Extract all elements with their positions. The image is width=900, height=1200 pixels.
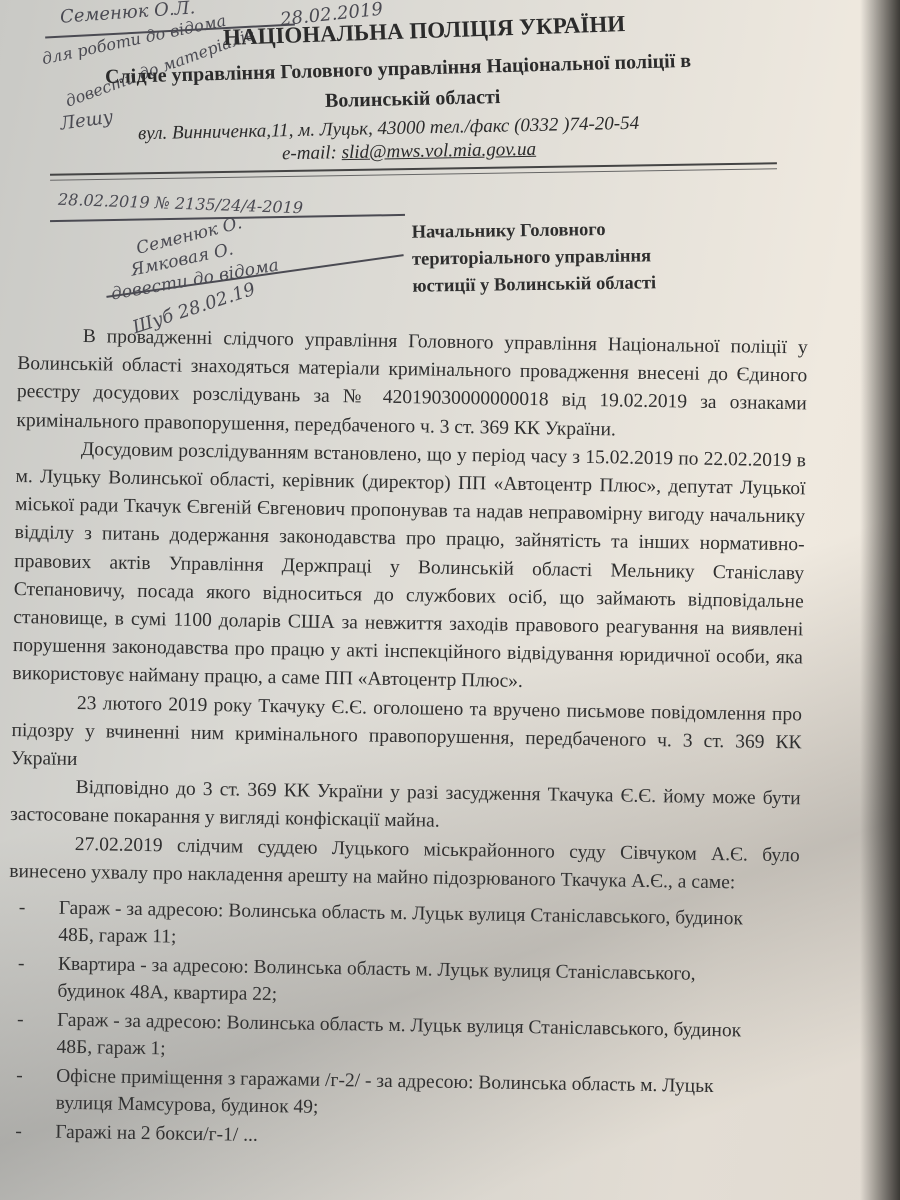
body-paragraph: 27.02.2019 слідчим суддею Луцького міськ… [9,830,800,899]
property-list: -Гараж - за адресою: Волинська область м… [5,894,799,1157]
body-paragraph: 23 лютого 2019 року Ткачуку Є.Є. оголоше… [11,689,802,786]
letter-body: В провадженні слідчого управління Головн… [5,322,808,1159]
body-paragraph: Досудовим розслідуванням встановлено, що… [12,435,806,701]
email-label: e-mail: [282,142,337,164]
bullet-dash: - [18,950,25,977]
letterhead-divider [50,162,777,180]
addressee-line: Начальнику Головного [411,216,655,246]
letterhead-email: e-mail: slid@mws.vol.mia.gov.ua [282,139,536,165]
bullet-dash: - [19,894,26,921]
body-paragraph: В провадженні слідчого управління Головн… [16,322,808,447]
addressee-block: Начальнику Головного територіального упр… [411,216,656,300]
registration-stamp: 28.02.2019 № 2135/24/4-2019 [58,190,304,218]
list-item-text: Гараж - за адресою: Волинська область м.… [58,898,743,948]
list-item: -Гараж - за адресою: Волинська область м… [8,894,759,960]
handwritten-signature: Лешу [59,106,115,134]
list-item: -Гараж - за адресою: Волинська область м… [6,1006,757,1072]
bullet-dash: - [17,1006,24,1033]
list-item: -Квартира - за адресою: Волинська област… [7,950,758,1016]
list-item-text: Гаражі на 2 бокси/г-1/ ... [55,1122,258,1146]
list-item-text: Квартира - за адресою: Волинська область… [57,954,695,1005]
bullet-dash: - [15,1118,22,1145]
bullet-dash: - [16,1062,23,1089]
list-item: -Офісне приміщення з гаражами /г-2/ - за… [6,1062,757,1128]
addressee-line: юстиції у Волинській області [412,270,656,300]
email-link[interactable]: slid@mws.vol.mia.gov.ua [341,139,536,163]
list-item-text: Гараж - за адресою: Волинська область м.… [56,1010,741,1060]
list-item-text: Офісне приміщення з гаражами /г-2/ - за … [56,1066,714,1118]
addressee-line: територіального управління [412,243,656,273]
letterhead-region: Волинській області [325,86,501,113]
document-page: Семенюк О.Л. 28.02.2019 для роботи до ві… [0,0,900,1200]
